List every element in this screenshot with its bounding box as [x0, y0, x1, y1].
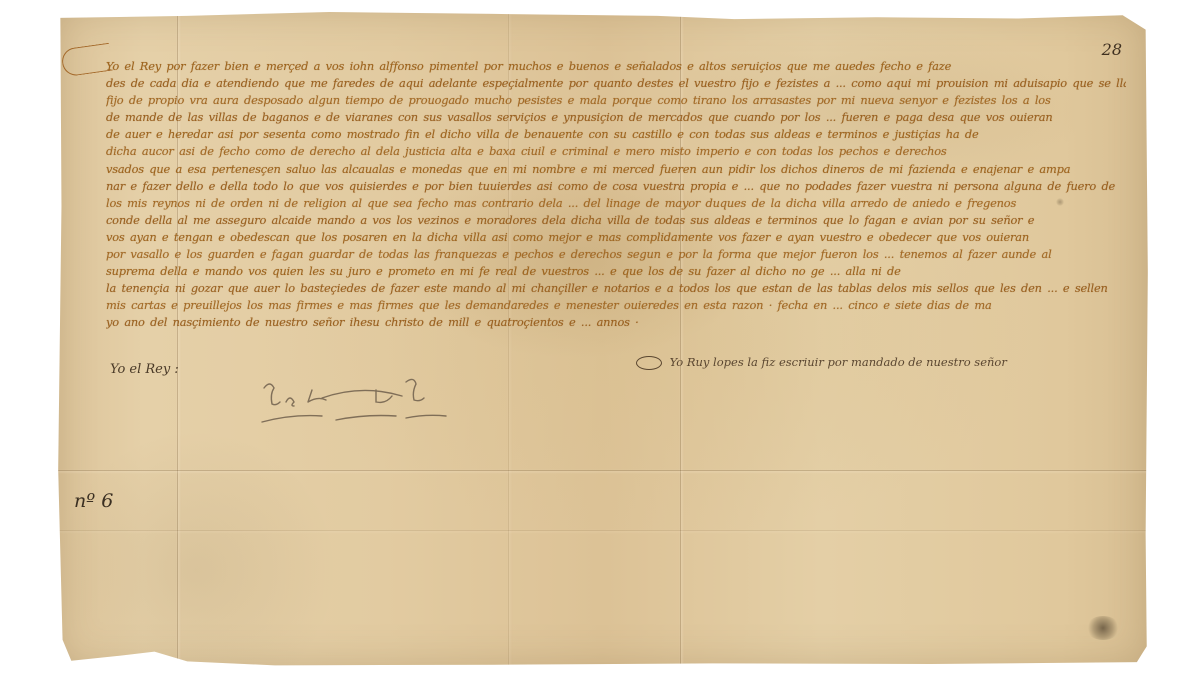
text-line: vos ayan e tengan e obedescan que los po…: [106, 229, 1126, 246]
text-line: yo ano del nasçimiento de nuestro señor …: [106, 314, 666, 331]
decorated-initial-y: [60, 43, 112, 78]
archival-margin-number: nº 6: [74, 490, 113, 512]
text-line: mis cartas e preuillejos los mas firmes …: [106, 297, 1126, 314]
text-line: suprema della e mando vos quien les su j…: [106, 263, 1126, 280]
notary-subscription: Yo Ruy lopes la fiz escriuir por mandado…: [636, 355, 1007, 370]
charter-body-text: Yo el Rey por fazer bien e merçed a vos …: [106, 58, 1126, 332]
text-line: por vasallo e los guarden e fagan guarda…: [106, 246, 1126, 263]
text-line: los mis reynos ni de orden ni de religio…: [106, 195, 1126, 212]
royal-signature: Yo el Rey :: [110, 362, 179, 377]
fold-line-horizontal: [56, 470, 1150, 471]
text-line: dicha aucor asi de fecho como de derecho…: [106, 143, 1126, 160]
ink-stain: [1086, 616, 1120, 640]
royal-rubric-icon: [256, 372, 476, 432]
fold-line-horizontal-lower: [56, 530, 1150, 531]
document-viewer: 28 Yo el Rey por fazer bien e merçed a v…: [0, 0, 1200, 675]
text-line: conde della al me asseguro alcaide mando…: [106, 212, 1126, 229]
text-line: nar e fazer dello e della todo lo que vo…: [106, 178, 1126, 195]
text-line: de auer e heredar asi por sesenta como m…: [106, 126, 1126, 143]
text-line: de mande de las villas de baganos e de v…: [106, 109, 1126, 126]
notary-subscription-text: Yo Ruy lopes la fiz escriuir por mandado…: [670, 355, 1007, 369]
text-line: des de cada dia e atendiendo que me fare…: [106, 75, 1126, 92]
folio-number: 28: [1102, 40, 1122, 59]
text-line: Yo el Rey por fazer bien e merçed a vos …: [106, 58, 1126, 75]
parchment-charter: 28 Yo el Rey por fazer bien e merçed a v…: [56, 10, 1150, 666]
text-line: la tenençia ni gozar que auer lo basteçi…: [106, 280, 1126, 297]
text-line: vsados que a esa pertenesçen saluo las a…: [106, 161, 1126, 178]
text-line: fijo de propio vra aura desposado algun …: [106, 92, 1126, 109]
notary-sign-icon: [636, 356, 662, 370]
